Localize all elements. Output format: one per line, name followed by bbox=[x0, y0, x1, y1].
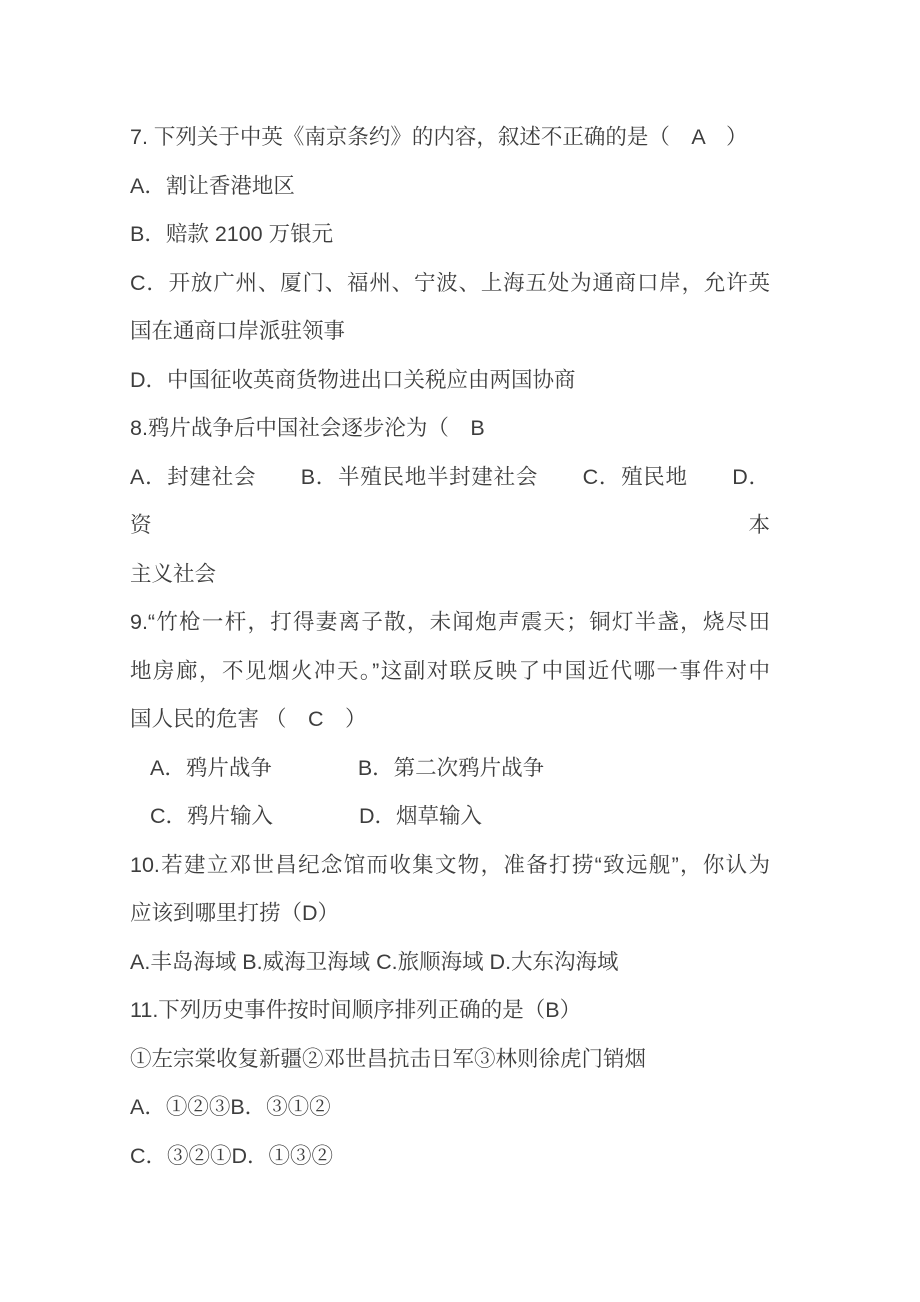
text-line: D．中国征收英商货物进出口关税应由两国协商 bbox=[130, 356, 770, 405]
question-block-8: 8.鸦片战争后中国社会逐步沦为（ BA．封建社会 B．半殖民地半封建社会 C．殖… bbox=[130, 404, 770, 598]
text-line: C．开放广州、厦门、福州、宁波、上海五处为通商口岸，允许英 bbox=[130, 259, 770, 308]
text-line: A．①②③B．③①② bbox=[130, 1083, 770, 1132]
text-line: A.丰岛海域 B.威海卫海域 C.旅顺海域 D.大东沟海域 bbox=[130, 938, 770, 987]
question-block-7: 7. 下列关于中英《南京条约》的内容，叙述不正确的是（ A ）A．割让香港地区B… bbox=[130, 113, 770, 404]
text-line: A．鸦片战争 B．第二次鸦片战争 bbox=[130, 744, 770, 793]
question-block-11: 11.下列历史事件按时间顺序排列正确的是（B）①左宗棠收复新疆②邓世昌抗击日军③… bbox=[130, 986, 770, 1180]
text-line: 国在通商口岸派驻领事 bbox=[130, 307, 770, 356]
text-line: 国人民的危害 （ C ） bbox=[130, 695, 770, 744]
question-block-9: 9.“竹枪一杆，打得妻离子散，未闻炮声震天；铜灯半盏，烧尽田地房廊，不见烟火冲天… bbox=[130, 598, 770, 841]
text-line: B．赔款 2100 万银元 bbox=[130, 210, 770, 259]
text-line: 8.鸦片战争后中国社会逐步沦为（ B bbox=[130, 404, 770, 453]
text-line: 9.“竹枪一杆，打得妻离子散，未闻炮声震天；铜灯半盏，烧尽田 bbox=[130, 598, 770, 647]
text-line: A．封建社会 B．半殖民地半封建社会 C．殖民地 D．资本 bbox=[130, 453, 770, 550]
text-line: C．鸦片输入 D．烟草输入 bbox=[130, 792, 770, 841]
text-line: A．割让香港地区 bbox=[130, 162, 770, 211]
exam-document: 7. 下列关于中英《南京条约》的内容，叙述不正确的是（ A ）A．割让香港地区B… bbox=[0, 0, 920, 1180]
text-line: 10.若建立邓世昌纪念馆而收集文物，准备打捞“致远舰”，你认为 bbox=[130, 841, 770, 890]
text-line: ①左宗棠收复新疆②邓世昌抗击日军③林则徐虎门销烟 bbox=[130, 1035, 770, 1084]
text-line: C．③②①D．①③② bbox=[130, 1132, 770, 1181]
text-line: 应该到哪里打捞（D） bbox=[130, 889, 770, 938]
question-block-10: 10.若建立邓世昌纪念馆而收集文物，准备打捞“致远舰”，你认为应该到哪里打捞（D… bbox=[130, 841, 770, 987]
text-line: 地房廊，不见烟火冲天。”这副对联反映了中国近代哪一事件对中 bbox=[130, 647, 770, 696]
text-line: 7. 下列关于中英《南京条约》的内容，叙述不正确的是（ A ） bbox=[130, 113, 770, 162]
text-line: 11.下列历史事件按时间顺序排列正确的是（B） bbox=[130, 986, 770, 1035]
text-line: 主义社会 bbox=[130, 550, 770, 599]
